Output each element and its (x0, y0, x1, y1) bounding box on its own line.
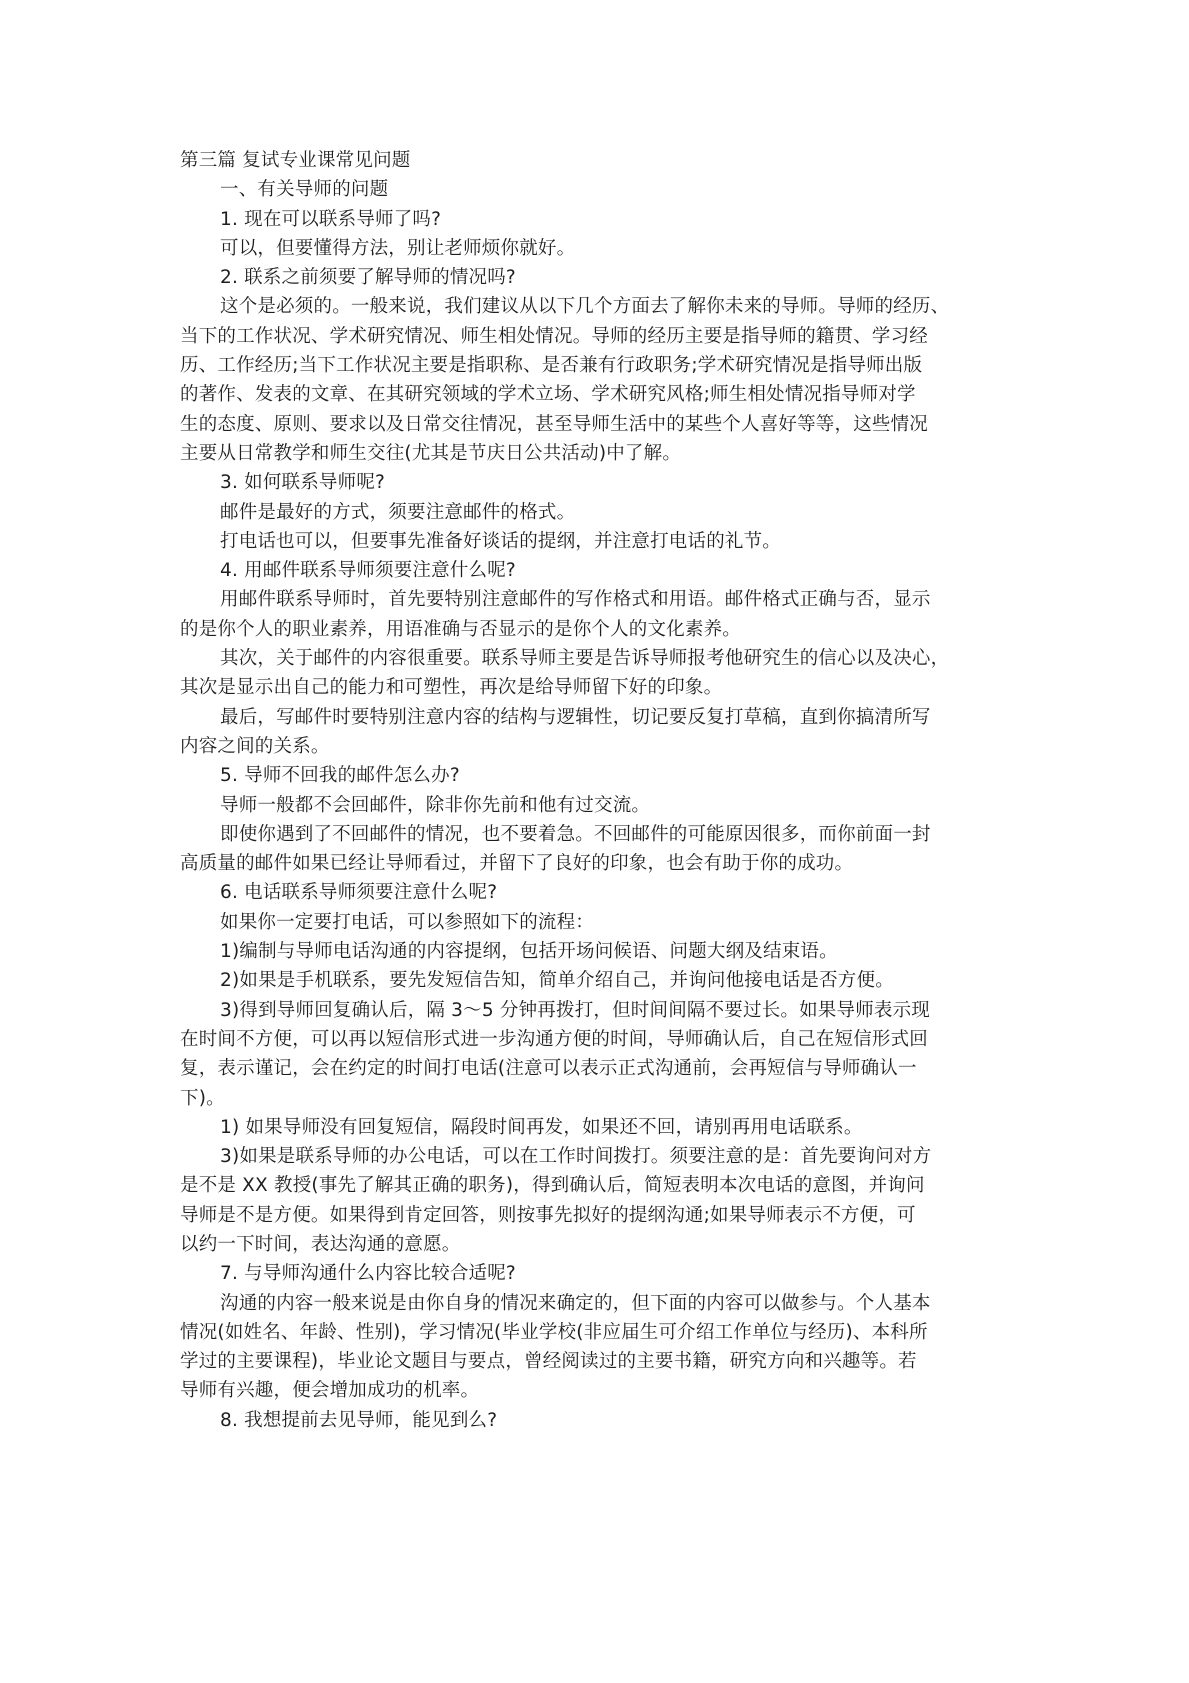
paragraph: 用邮件联系导师时，首先要特别注意邮件的写作格式和用语。邮件格式正确与否，显示的是… (180, 585, 992, 644)
paragraph-line: 内容之间的关系。 (180, 732, 992, 761)
answer-text: 1) 如果导师没有回复短信，隔段时间再发，如果还不回，请别再用电话联系。 (180, 1113, 992, 1142)
paragraph-line: 主要从日常教学和师生交往(尤其是节庆日公共活动)中了解。 (180, 439, 992, 468)
answer-text: 邮件是最好的方式，须要注意邮件的格式。 (180, 498, 992, 527)
paragraph-line: 是不是 XX 教授(事先了解其正确的职务)，得到确认后，简短表明本次电话的意图，… (180, 1171, 992, 1200)
paragraph-line: 最后，写邮件时要特别注意内容的结构与逻辑性，切记要反复打草稿，直到你搞清所写 (180, 703, 992, 732)
paragraph-line: 其次，关于邮件的内容很重要。联系导师主要是告诉导师报考他研究生的信心以及决心， (180, 644, 992, 673)
paragraph: 沟通的内容一般来说是由你自身的情况来确定的，但下面的内容可以做参与。个人基本情况… (180, 1289, 992, 1406)
paragraph-line: 以约一下时间，表达沟通的意愿。 (180, 1230, 992, 1259)
paragraph-line: 用邮件联系导师时，首先要特别注意邮件的写作格式和用语。邮件格式正确与否，显示 (180, 585, 992, 614)
paragraph-line: 其次是显示出自己的能力和可塑性，再次是给导师留下好的印象。 (180, 673, 992, 702)
answer-text: 可以，但要懂得方法，别让老师烦你就好。 (180, 234, 992, 263)
paragraph-line: 沟通的内容一般来说是由你自身的情况来确定的，但下面的内容可以做参与。个人基本 (180, 1289, 992, 1318)
question-heading: 1. 现在可以联系导师了吗? (180, 205, 992, 234)
paragraph-line: 复，表示谨记，会在约定的时间打电话(注意可以表示正式沟通前，会再短信与导师确认一 (180, 1054, 992, 1083)
paragraph: 其次，关于邮件的内容很重要。联系导师主要是告诉导师报考他研究生的信心以及决心，其… (180, 644, 992, 703)
question-heading: 8. 我想提前去见导师，能见到么? (180, 1406, 992, 1435)
paragraph-line: 当下的工作状况、学术研究情况、师生相处情况。导师的经历主要是指导师的籍贯、学习经 (180, 322, 992, 351)
paragraph-line: 导师是不是方便。如果得到肯定回答，则按事先拟好的提纲沟通;如果导师表示不方便，可 (180, 1201, 992, 1230)
answer-text: 导师一般都不会回邮件，除非你先前和他有过交流。 (180, 791, 992, 820)
answer-text: 打电话也可以，但要事先准备好谈话的提纲，并注意打电话的礼节。 (180, 527, 992, 556)
paragraph-line: 情况(如姓名、年龄、性别)，学习情况(毕业学校(非应届生可介绍工作单位与经历)、… (180, 1318, 992, 1347)
paragraph-line: 在时间不方便，可以再以短信形式进一步沟通方便的时间，导师确认后，自己在短信形式回 (180, 1025, 992, 1054)
paragraph-line: 生的态度、原则、要求以及日常交往情况，甚至导师生活中的某些个人喜好等等，这些情况 (180, 410, 992, 439)
paragraph: 这个是必须的。一般来说，我们建议从以下几个方面去了解你未来的导师。导师的经历、当… (180, 292, 992, 468)
answer-text: 如果你一定要打电话，可以参照如下的流程： (180, 908, 992, 937)
answer-text: 1)编制与导师电话沟通的内容提纲，包括开场问候语、问题大纲及结束语。 (180, 937, 992, 966)
document-title: 第三篇 复试专业课常见问题 (180, 146, 992, 175)
paragraph-line: 下)。 (180, 1084, 992, 1113)
paragraph-line: 高质量的邮件如果已经让导师看过，并留下了良好的印象，也会有助于你的成功。 (180, 849, 992, 878)
paragraph-line: 3)得到导师回复确认后，隔 3～5 分钟再拨打，但时间间隔不要过长。如果导师表示… (180, 996, 992, 1025)
question-heading: 4. 用邮件联系导师须要注意什么呢? (180, 556, 992, 585)
section-heading: 一、有关导师的问题 (180, 175, 992, 204)
document-body: 1. 现在可以联系导师了吗?可以，但要懂得方法，别让老师烦你就好。2. 联系之前… (180, 205, 992, 1435)
paragraph-line: 即使你遇到了不回邮件的情况，也不要着急。不回邮件的可能原因很多，而你前面一封 (180, 820, 992, 849)
document-page: 第三篇 复试专业课常见问题 一、有关导师的问题 1. 现在可以联系导师了吗?可以… (180, 146, 992, 1435)
paragraph-line: 这个是必须的。一般来说，我们建议从以下几个方面去了解你未来的导师。导师的经历、 (180, 292, 992, 321)
paragraph-line: 导师有兴趣，便会增加成功的机率。 (180, 1376, 992, 1405)
answer-text: 2)如果是手机联系，要先发短信告知，简单介绍自己，并询问他接电话是否方便。 (180, 966, 992, 995)
paragraph: 最后，写邮件时要特别注意内容的结构与逻辑性，切记要反复打草稿，直到你搞清所写内容… (180, 703, 992, 762)
paragraph-line: 的是你个人的职业素养，用语准确与否显示的是你个人的文化素养。 (180, 615, 992, 644)
question-heading: 3. 如何联系导师呢? (180, 468, 992, 497)
question-heading: 6. 电话联系导师须要注意什么呢? (180, 878, 992, 907)
question-heading: 2. 联系之前须要了解导师的情况吗? (180, 263, 992, 292)
paragraph-line: 历、工作经历;当下工作状况主要是指职称、是否兼有行政职务;学术研究情况是指导师出… (180, 351, 992, 380)
paragraph-line: 的著作、发表的文章、在其研究领域的学术立场、学术研究风格;师生相处情况指导师对学 (180, 380, 992, 409)
paragraph-line: 学过的主要课程)，毕业论文题目与要点，曾经阅读过的主要书籍，研究方向和兴趣等。若 (180, 1347, 992, 1376)
paragraph-line: 3)如果是联系导师的办公电话，可以在工作时间拨打。须要注意的是：首先要询问对方 (180, 1142, 992, 1171)
paragraph: 3)如果是联系导师的办公电话，可以在工作时间拨打。须要注意的是：首先要询问对方是… (180, 1142, 992, 1259)
paragraph: 即使你遇到了不回邮件的情况，也不要着急。不回邮件的可能原因很多，而你前面一封高质… (180, 820, 992, 879)
question-heading: 5. 导师不回我的邮件怎么办? (180, 761, 992, 790)
paragraph: 3)得到导师回复确认后，隔 3～5 分钟再拨打，但时间间隔不要过长。如果导师表示… (180, 996, 992, 1113)
question-heading: 7. 与导师沟通什么内容比较合适呢? (180, 1259, 992, 1288)
